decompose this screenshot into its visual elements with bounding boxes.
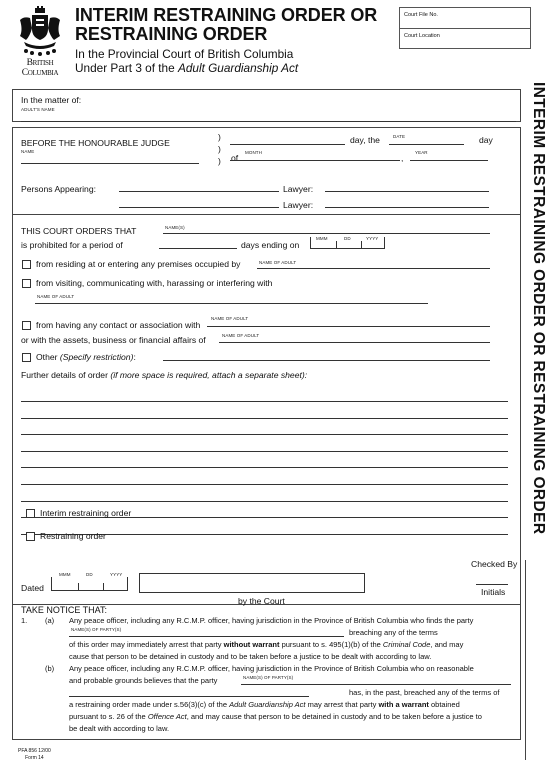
further-details-line[interactable] (21, 484, 508, 485)
form-code: PFA 856 12/00 (18, 748, 51, 755)
ending-date-field[interactable]: MMM DD YYYY (310, 237, 385, 249)
further-details-label: Further details of order (if more space … (21, 370, 307, 380)
notice-panel: TAKE NOTICE THAT: 1. (a) Any peace offic… (12, 604, 521, 740)
court-location-field[interactable]: Court Location (400, 28, 530, 48)
other-specify: (Specify restriction) (60, 352, 134, 362)
lawyer-1-label: Lawyer: (283, 184, 313, 194)
year-label: Year (415, 150, 428, 155)
text-bold: without warrant (224, 640, 280, 649)
notice-b-marker: (b) (45, 663, 54, 676)
interim-label: Interim restraining order (40, 508, 131, 518)
further-details-line[interactable] (21, 501, 508, 502)
residing-checkbox[interactable] (22, 260, 31, 269)
text-italic: Adult Guardianship Act (229, 700, 305, 709)
ending-dd-label: DD (344, 236, 351, 241)
further-details-line[interactable] (21, 451, 508, 452)
notice-b-party-field[interactable] (241, 684, 511, 685)
notice-b-line4: a restraining order made under s.56(3)(c… (69, 699, 460, 712)
logo-text-british: British (13, 58, 67, 68)
interim-checkbox[interactable] (26, 509, 35, 518)
date-separator (361, 241, 362, 249)
form-footer: PFA 856 12/00 Form 14 (18, 748, 51, 762)
text: , and may (430, 640, 463, 649)
contact-checkbox[interactable] (22, 321, 31, 330)
text: pursuant to s. 26 of the (69, 712, 148, 721)
visiting-checkbox[interactable] (22, 279, 31, 288)
other-text: Other (36, 352, 58, 362)
month-field[interactable] (230, 160, 400, 161)
notice-a-party-label: Name(s) of party(s) (71, 627, 121, 632)
court-location-label: Court Location (404, 33, 440, 39)
restraining-checkbox[interactable] (26, 532, 35, 541)
notice-b-line2: and probable grounds believes that the p… (69, 675, 217, 688)
matter-label: In the matter of: (21, 95, 81, 105)
further-details-line[interactable] (21, 434, 508, 435)
notice-b-line1: Any peace officer, including any R.C.M.P… (69, 663, 474, 676)
text: a restraining order made under s.56(3)(c… (69, 700, 229, 709)
logo-wordmark: British Columbia (13, 58, 67, 78)
date-separator (103, 583, 104, 591)
judge-name-field[interactable] (21, 163, 199, 164)
date-separator (78, 583, 79, 591)
day-field[interactable] (230, 144, 345, 145)
person-1-field[interactable] (119, 191, 279, 192)
other-colon: : (133, 352, 135, 362)
judge-panel: BEFORE THE HONOURABLE JUDGE Name ) ) ) d… (12, 127, 521, 215)
date-field[interactable] (389, 144, 464, 145)
paren-2: ) (218, 144, 221, 154)
names-label: Name(s) (165, 225, 185, 230)
further-details-note: (if more space is required, attach a sep… (110, 370, 307, 380)
judge-name-label: Name (21, 149, 34, 154)
notice-a-party-field[interactable] (69, 636, 344, 637)
logo-text-columbia: Columbia (13, 68, 67, 78)
subtitle-act-name: Adult Guardianship Act (178, 61, 298, 75)
year-field[interactable] (410, 160, 488, 161)
prohibited-label: is prohibited for a period of (21, 240, 123, 250)
period-field[interactable] (159, 248, 237, 249)
further-details-line[interactable] (21, 467, 508, 468)
further-details-prefix: Further details of order (21, 370, 110, 380)
dated-yyyy-label: YYYY (110, 572, 122, 577)
court-file-box: Court File No. Court Location (399, 7, 531, 49)
checked-by-label: Checked By (471, 559, 517, 569)
persons-appearing-label: Persons Appearing: (21, 184, 96, 194)
court-file-number-field[interactable]: Court File No. (400, 8, 530, 28)
ending-mmm-label: MMM (316, 236, 328, 241)
text: , and may cause that person to be detain… (187, 712, 482, 721)
further-details-line[interactable] (21, 418, 508, 419)
notice-number: 1. (21, 615, 27, 628)
court-file-number-label: Court File No. (404, 12, 438, 18)
notice-b-party-field-cont[interactable] (69, 696, 309, 697)
other-field[interactable] (163, 360, 490, 361)
title-line-2: RESTRAINING ORDER (75, 25, 377, 44)
text: may arrest that party (306, 700, 379, 709)
residing-adult-field[interactable] (257, 268, 490, 269)
day-the-label: day, the (350, 135, 380, 145)
court-orders-label: THIS COURT ORDERS THAT (21, 226, 136, 236)
subtitle-court: In the Provincial Court of British Colum… (75, 47, 293, 61)
person-2-field[interactable] (119, 207, 279, 208)
dated-label: Dated (21, 583, 44, 593)
dated-mmm-label: MMM (59, 572, 71, 577)
adult-name-field[interactable] (21, 121, 516, 122)
text: obtained (429, 700, 460, 709)
visiting-adult-field[interactable] (35, 303, 428, 304)
names-field[interactable] (163, 233, 490, 234)
subtitle-act-prefix: Under Part 3 of the (75, 61, 178, 75)
text: pursuant to s. 495(1)(b) of the (279, 640, 382, 649)
contact-adult-label: Name of adult (211, 316, 248, 321)
notice-a-marker: (a) (45, 615, 54, 628)
days-ending-label: days ending on (241, 240, 299, 250)
lawyer-2-field[interactable] (325, 207, 489, 208)
residing-label: from residing at or entering any premise… (36, 259, 240, 269)
title-line-1: INTERIM RESTRAINING ORDER OR (75, 6, 377, 25)
dated-date-field[interactable]: MMM DD YYYY (51, 577, 128, 591)
comma: , (401, 153, 403, 163)
visiting-adult-label: Name of adult (37, 294, 74, 299)
further-details-line[interactable] (21, 401, 508, 402)
notice-a-line3: of this order may immediately arrest tha… (69, 639, 463, 652)
paren-3: ) (218, 156, 221, 166)
of-label: of (231, 153, 238, 163)
date-separator (336, 241, 337, 249)
notice-a-line1: Any peace officer, including any R.C.M.P… (69, 615, 473, 628)
court-signature-box[interactable] (139, 573, 365, 593)
side-divider (525, 560, 526, 760)
paren-1: ) (218, 132, 221, 142)
notice-b-has: has, in the past, breached any of the te… (349, 687, 500, 700)
assets-adult-label: Name of adult (222, 333, 259, 338)
month-label: Month (245, 150, 262, 155)
lawyer-1-field[interactable] (325, 191, 489, 192)
notice-a-breaching: breaching any of the terms (349, 627, 438, 640)
assets-adult-field[interactable] (219, 342, 490, 343)
take-notice-heading: TAKE NOTICE THAT: (21, 605, 107, 615)
bc-coat-of-arms-logo: British Columbia (14, 6, 66, 80)
initials-field[interactable] (476, 584, 508, 585)
notice-b-line6: be dealt with according to law. (69, 723, 169, 736)
restraining-label: Restraining order (40, 531, 106, 541)
residing-adult-label: Name of adult (259, 260, 296, 265)
notice-b-party-label: Name(s) of party(s) (243, 675, 293, 680)
side-title: INTERIM RESTRAINING ORDER OR RESTRAINING… (527, 82, 549, 562)
text-bold: with a warrant (378, 700, 428, 709)
order-panel: THIS COURT ORDERS THAT Name(s) is prohib… (12, 215, 521, 605)
assets-label: or with the assets, business or financia… (21, 335, 206, 345)
text-italic: Offence Act (148, 712, 187, 721)
form-title: INTERIM RESTRAINING ORDER OR RESTRAINING… (75, 6, 377, 44)
text-italic: Criminal Code (383, 640, 431, 649)
lawyer-2-label: Lawyer: (283, 200, 313, 210)
contact-label: from having any contact or association w… (36, 320, 200, 330)
judge-label: BEFORE THE HONOURABLE JUDGE (21, 138, 170, 148)
notice-b-line5: pursuant to s. 26 of the Offence Act, an… (69, 711, 482, 724)
form-number: Form 14 (18, 755, 51, 762)
visiting-label: from visiting, communicating with, haras… (36, 278, 272, 288)
dated-dd-label: DD (86, 572, 93, 577)
date-label: Date (393, 134, 405, 139)
subtitle-act: Under Part 3 of the Adult Guardianship A… (75, 61, 298, 75)
other-label: Other (Specify restriction): (36, 352, 136, 362)
ending-yyyy-label: YYYY (366, 236, 378, 241)
day-label: day (479, 135, 493, 145)
initials-label: Initials (481, 587, 505, 597)
other-checkbox[interactable] (22, 353, 31, 362)
adult-name-label: Adult's name (21, 107, 55, 112)
matter-panel: In the matter of: Adult's name (12, 89, 521, 122)
notice-a-line4: cause that person to be detained in cust… (69, 651, 431, 664)
contact-adult-field[interactable] (207, 326, 490, 327)
text: of this order may immediately arrest tha… (69, 640, 224, 649)
coat-of-arms-icon (14, 6, 66, 58)
